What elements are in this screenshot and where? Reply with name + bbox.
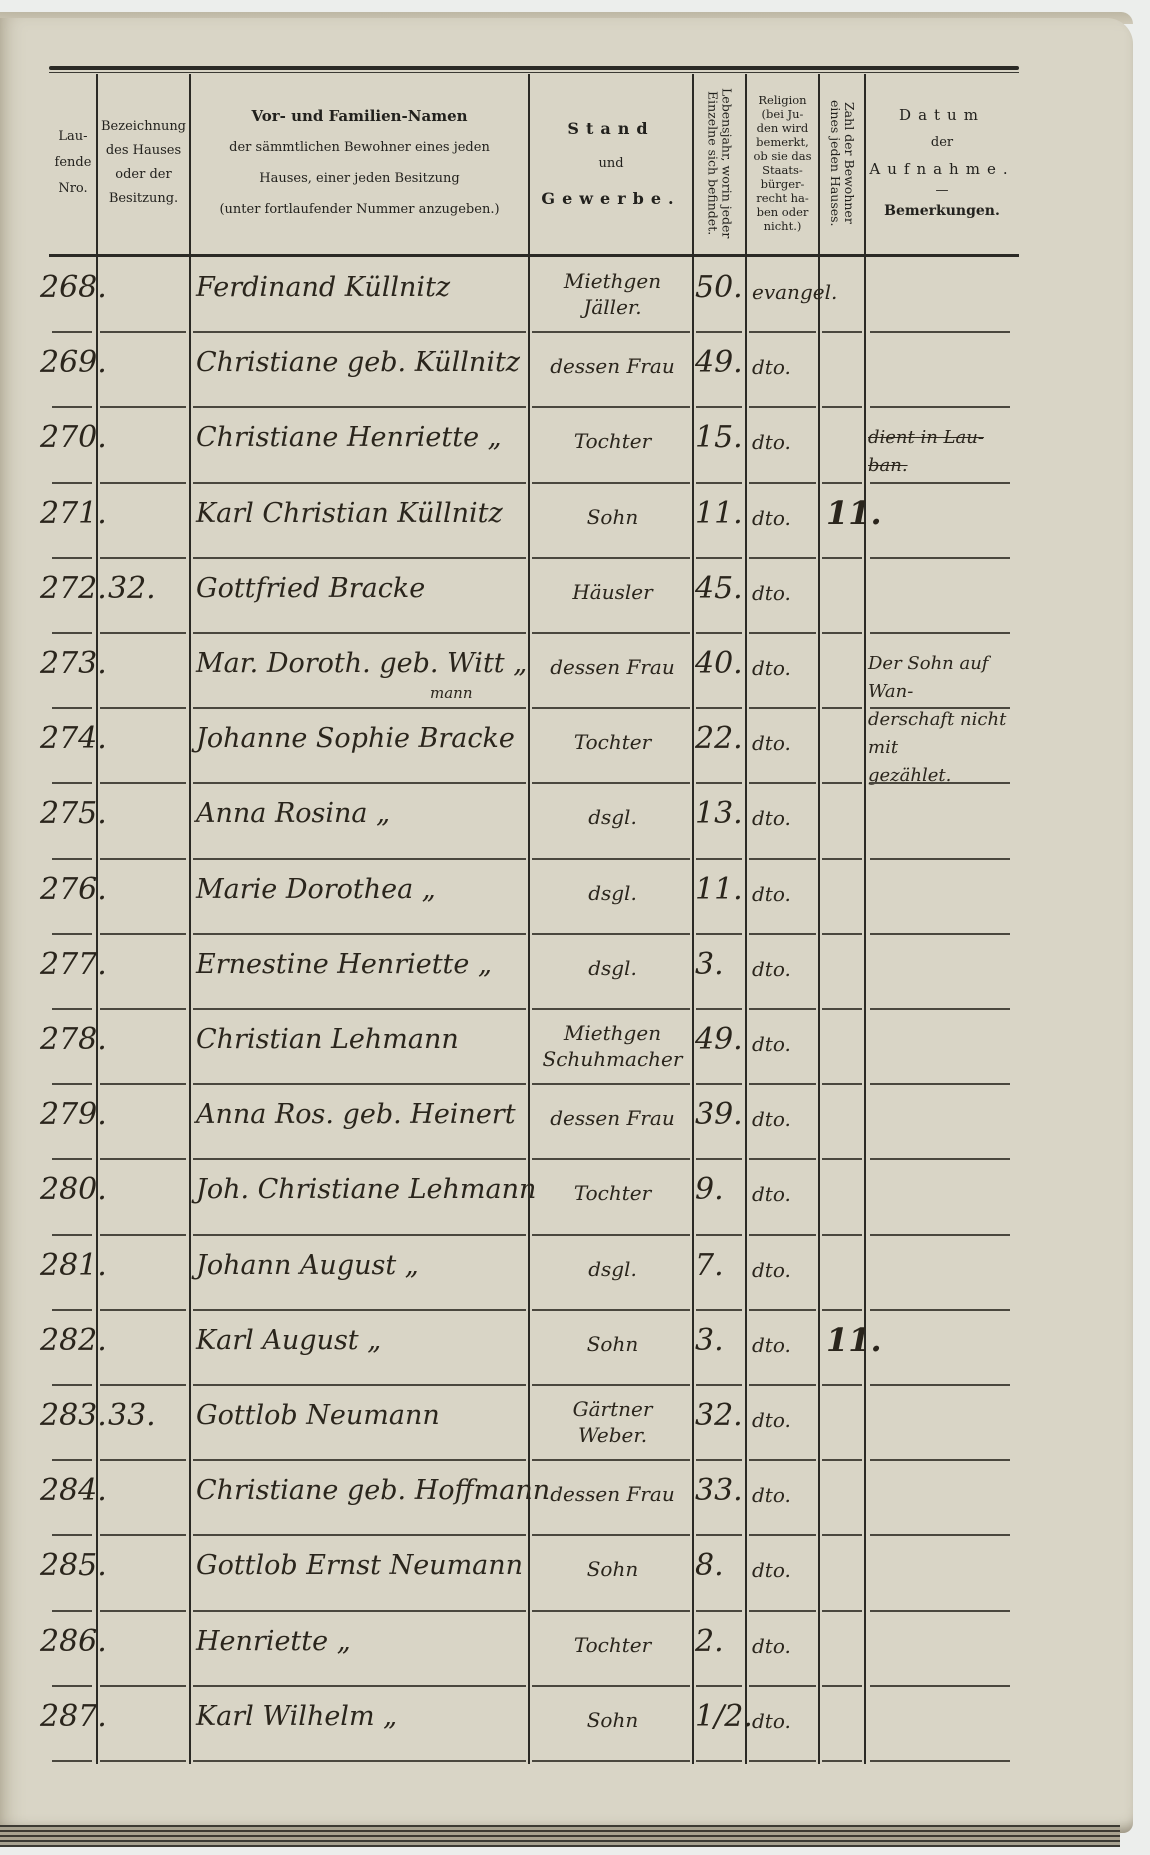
top-rule-thin xyxy=(49,72,1019,73)
row-rule xyxy=(52,1158,92,1160)
age: 33. xyxy=(695,1473,743,1508)
row-rule xyxy=(532,1309,690,1311)
row-number: 276. xyxy=(40,872,107,907)
age: 50. xyxy=(695,270,743,305)
household-count: 11. xyxy=(826,494,882,532)
row-rule xyxy=(193,482,526,484)
age: 15. xyxy=(695,420,743,455)
remarks: Der Sohn auf Wan- derschaft nicht mit ge… xyxy=(868,650,1018,790)
row-rule xyxy=(100,1008,186,1010)
row-rule xyxy=(870,782,1010,784)
row-rule xyxy=(193,557,526,559)
row-rule xyxy=(749,632,816,634)
row-rule xyxy=(870,1008,1010,1010)
row-rule xyxy=(822,1685,862,1687)
header-stand-and: und xyxy=(598,155,623,172)
row-rule xyxy=(193,406,526,408)
age: 49. xyxy=(695,1022,743,1057)
occupation: Häusler xyxy=(535,579,690,605)
religion: dto. xyxy=(752,1107,791,1131)
row-rule xyxy=(696,1008,742,1010)
religion: dto. xyxy=(752,506,791,530)
religion: dto. xyxy=(752,1032,791,1056)
resident-name: Anna Rosina „ xyxy=(196,798,390,829)
occupation: dsgl. xyxy=(535,955,690,981)
age: 2. xyxy=(695,1624,724,1659)
row-rule xyxy=(193,1534,526,1536)
row-rule xyxy=(696,1685,742,1687)
row-rule xyxy=(822,1534,862,1536)
row-rule xyxy=(52,1309,92,1311)
row-rule xyxy=(749,557,816,559)
header-religion: Religion (bei Ju- den wird bemerkt, ob s… xyxy=(747,74,818,252)
row-rule xyxy=(100,1309,186,1311)
row-rule xyxy=(822,1610,862,1612)
row-rule xyxy=(100,1610,186,1612)
row-number: 285. xyxy=(40,1548,107,1583)
row-rule xyxy=(822,1083,862,1085)
age: 9. xyxy=(695,1172,724,1207)
row-rule xyxy=(749,1384,816,1386)
page-stack-edge xyxy=(0,1825,1120,1847)
row-number: 277. xyxy=(40,947,107,982)
row-number: 269. xyxy=(40,345,107,380)
row-rule xyxy=(52,933,92,935)
occupation: Tochter xyxy=(535,1180,690,1206)
row-rule xyxy=(100,482,186,484)
occupation: Sohn xyxy=(535,1556,690,1582)
row-rule xyxy=(822,1384,862,1386)
row-rule xyxy=(100,707,186,709)
row-rule xyxy=(822,1008,862,1010)
age: 45. xyxy=(695,571,743,606)
occupation: Gärtner Weber. xyxy=(535,1396,690,1448)
row-number: 273. xyxy=(40,646,107,681)
row-rule xyxy=(696,406,742,408)
row-rule xyxy=(870,1384,1010,1386)
row-rule xyxy=(870,1234,1010,1236)
row-number: 275. xyxy=(40,796,107,831)
row-rule xyxy=(870,1309,1010,1311)
religion: dto. xyxy=(752,806,791,830)
row-number: 270. xyxy=(40,420,107,455)
age: 11. xyxy=(695,872,743,907)
row-rule xyxy=(696,858,742,860)
row-number: 268. xyxy=(40,270,107,305)
resident-name: Anna Ros. geb. Heinert xyxy=(196,1099,516,1130)
age: 49. xyxy=(695,345,743,380)
row-rule xyxy=(532,1534,690,1536)
occupation: dessen Frau xyxy=(535,1481,690,1507)
row-rule xyxy=(822,1309,862,1311)
row-rule xyxy=(870,1610,1010,1612)
header-count-label: Zahl der Bewohner eines jeden Hauses. xyxy=(828,100,856,227)
row-rule xyxy=(100,1158,186,1160)
row-rule xyxy=(696,632,742,634)
row-rule xyxy=(870,707,1010,709)
age: 32. xyxy=(695,1398,743,1433)
house-number: 32. xyxy=(108,571,156,606)
row-rule xyxy=(749,1008,816,1010)
resident-name: Gottfried Bracke xyxy=(196,573,425,604)
resident-name: Gottlob Neumann xyxy=(196,1400,440,1431)
row-rule xyxy=(696,1234,742,1236)
row-rule xyxy=(193,1083,526,1085)
row-rule xyxy=(532,1610,690,1612)
header-age-label: Lebensjahr, worin jeder Einzelne sich be… xyxy=(706,88,734,238)
row-rule xyxy=(52,1083,92,1085)
occupation: Miethgen Schuhmacher xyxy=(535,1020,690,1072)
religion: dto. xyxy=(752,1333,791,1357)
row-rule xyxy=(870,406,1010,408)
row-rule xyxy=(696,1083,742,1085)
occupation: Miethgen Jäller. xyxy=(535,268,690,320)
row-rule xyxy=(100,933,186,935)
religion: dto. xyxy=(752,1634,791,1658)
row-rule xyxy=(870,1083,1010,1085)
header-date-dash: — xyxy=(936,182,949,199)
row-rule xyxy=(696,331,742,333)
row-rule xyxy=(749,1534,816,1536)
resident-name: Gottlob Ernst Neumann xyxy=(196,1550,523,1581)
row-rule xyxy=(870,482,1010,484)
resident-name: Marie Dorothea „ xyxy=(196,874,436,905)
col-line-7 xyxy=(864,74,866,1764)
row-rule xyxy=(193,933,526,935)
row-rule xyxy=(749,1234,816,1236)
occupation: dsgl. xyxy=(535,804,690,830)
row-rule xyxy=(532,1685,690,1687)
row-rule xyxy=(749,331,816,333)
row-rule xyxy=(870,331,1010,333)
header-count: Zahl der Bewohner eines jeden Hauses. xyxy=(820,74,864,252)
row-rule xyxy=(822,1234,862,1236)
header-date-title: Datum xyxy=(899,107,985,124)
row-rule xyxy=(822,632,862,634)
row-number: 279. xyxy=(40,1097,107,1132)
house-number: 33. xyxy=(108,1398,156,1433)
row-rule xyxy=(193,1309,526,1311)
row-number: 271. xyxy=(40,496,107,531)
row-rule xyxy=(52,1685,92,1687)
row-rule xyxy=(100,1459,186,1461)
row-rule xyxy=(100,1083,186,1085)
occupation: dessen Frau xyxy=(535,353,690,379)
row-number: 280. xyxy=(40,1172,107,1207)
header-name-title: Vor- und Familien-Namen xyxy=(251,108,467,125)
header-remarks: Bemerkungen. xyxy=(884,203,1000,220)
row-rule xyxy=(822,1459,862,1461)
row-rule xyxy=(100,557,186,559)
row-rule xyxy=(696,557,742,559)
row-rule xyxy=(822,1760,862,1762)
row-rule xyxy=(532,557,690,559)
religion: dto. xyxy=(752,731,791,755)
religion: dto. xyxy=(752,1182,791,1206)
row-rule xyxy=(696,933,742,935)
col-line-6 xyxy=(818,74,820,1764)
row-number: 272. xyxy=(40,571,107,606)
resident-name: Karl Wilhelm „ xyxy=(196,1701,397,1732)
row-rule xyxy=(870,557,1010,559)
row-number: 287. xyxy=(40,1699,107,1734)
row-rule xyxy=(52,1384,92,1386)
col-line-3 xyxy=(528,74,530,1764)
row-number: 274. xyxy=(40,721,107,756)
row-rule xyxy=(52,482,92,484)
row-rule xyxy=(100,782,186,784)
header-age: Lebensjahr, worin jeder Einzelne sich be… xyxy=(694,74,745,252)
religion: dto. xyxy=(752,1483,791,1507)
row-rule xyxy=(696,482,742,484)
occupation: Tochter xyxy=(535,1632,690,1658)
row-rule xyxy=(532,1158,690,1160)
age: 3. xyxy=(695,1323,724,1358)
row-rule xyxy=(696,1158,742,1160)
row-rule xyxy=(193,858,526,860)
row-rule xyxy=(749,1685,816,1687)
row-rule xyxy=(52,858,92,860)
header-date: Datum der Aufnahme. — Bemerkungen. xyxy=(866,74,1018,252)
header-name: Vor- und Familien-Namen der sämmtlichen … xyxy=(191,74,528,252)
row-number: 286. xyxy=(40,1624,107,1659)
religion: dto. xyxy=(752,882,791,906)
row-rule xyxy=(822,1158,862,1160)
religion: dto. xyxy=(752,1408,791,1432)
col-line-4 xyxy=(692,74,694,1764)
religion: dto. xyxy=(752,957,791,981)
religion: dto. xyxy=(752,1258,791,1282)
row-rule xyxy=(749,858,816,860)
row-rule xyxy=(52,707,92,709)
header-name-sub2: Hauses, einer jeden Besitzung xyxy=(259,170,459,187)
resident-name: Mar. Doroth. geb. Witt „ xyxy=(196,648,527,679)
religion: dto. xyxy=(752,1709,791,1733)
religion: dto. xyxy=(752,581,791,605)
row-rule xyxy=(870,933,1010,935)
row-rule xyxy=(696,1309,742,1311)
row-number: 283. xyxy=(40,1398,107,1433)
row-rule xyxy=(100,1685,186,1687)
row-rule xyxy=(822,782,862,784)
age: 22. xyxy=(695,721,743,756)
resident-name: Johann August „ xyxy=(196,1250,419,1281)
resident-name: Christiane geb. Hoffmann xyxy=(196,1475,550,1506)
col-line-2 xyxy=(189,74,191,1764)
row-rule xyxy=(52,1459,92,1461)
row-rule xyxy=(100,1234,186,1236)
row-rule xyxy=(100,632,186,634)
row-rule xyxy=(822,858,862,860)
row-rule xyxy=(696,782,742,784)
row-number: 282. xyxy=(40,1323,107,1358)
row-rule xyxy=(749,933,816,935)
header-religion-label: Religion (bei Ju- den wird bemerkt, ob s… xyxy=(753,93,811,233)
occupation: Sohn xyxy=(535,1331,690,1357)
occupation: dessen Frau xyxy=(535,1105,690,1131)
row-rule xyxy=(532,632,690,634)
header-bottom-rule xyxy=(49,254,1019,257)
row-rule xyxy=(532,406,690,408)
resident-name: Christiane Henriette „ xyxy=(196,422,502,453)
col-line-1 xyxy=(96,74,98,1764)
row-rule xyxy=(696,707,742,709)
row-rule xyxy=(749,1158,816,1160)
row-rule xyxy=(532,1459,690,1461)
religion: evangel. xyxy=(752,280,837,304)
religion: dto. xyxy=(752,656,791,680)
row-number: 281. xyxy=(40,1248,107,1283)
row-rule xyxy=(749,782,816,784)
row-rule xyxy=(870,858,1010,860)
row-rule xyxy=(52,331,92,333)
resident-name: Christiane geb. Küllnitz xyxy=(196,347,520,378)
age: 11. xyxy=(695,496,743,531)
header-name-sub1: der sämmtlichen Bewohner eines jeden xyxy=(229,139,490,156)
row-rule xyxy=(870,1534,1010,1536)
header-name-sub3: (unter fortlaufender Nummer anzugeben.) xyxy=(219,201,499,218)
row-rule xyxy=(696,1760,742,1762)
row-rule xyxy=(532,858,690,860)
household-count: 11. xyxy=(826,1321,882,1359)
row-rule xyxy=(193,1384,526,1386)
row-rule xyxy=(696,1384,742,1386)
row-rule xyxy=(749,1610,816,1612)
row-rule xyxy=(100,1384,186,1386)
religion: dto. xyxy=(752,355,791,379)
header-date-aufnahme: Aufnahme. xyxy=(869,161,1014,178)
col-line-5 xyxy=(745,74,747,1764)
religion: dto. xyxy=(752,1558,791,1582)
row-rule xyxy=(52,1534,92,1536)
header-stand-gewerbe: Gewerbe. xyxy=(541,190,680,207)
occupation: dessen Frau xyxy=(535,654,690,680)
religion: dto. xyxy=(752,430,791,454)
occupation: Tochter xyxy=(535,428,690,454)
row-rule xyxy=(100,858,186,860)
row-rule xyxy=(52,1234,92,1236)
resident-name: Christian Lehmann xyxy=(196,1024,459,1055)
age: 8. xyxy=(695,1548,724,1583)
row-rule xyxy=(52,632,92,634)
row-rule xyxy=(532,1384,690,1386)
row-rule xyxy=(749,1459,816,1461)
age: 39. xyxy=(695,1097,743,1132)
resident-name: Joh. Christiane Lehmann xyxy=(196,1174,536,1205)
row-rule xyxy=(193,1760,526,1762)
header-nro: Lau- fende Nro. xyxy=(50,74,96,252)
row-rule xyxy=(193,331,526,333)
row-rule xyxy=(749,406,816,408)
row-rule xyxy=(193,1008,526,1010)
row-rule xyxy=(870,632,1010,634)
row-rule xyxy=(52,1008,92,1010)
occupation: Sohn xyxy=(535,504,690,530)
header-stand: Stand und Gewerbe. xyxy=(530,74,692,252)
row-rule xyxy=(822,707,862,709)
row-rule xyxy=(52,1610,92,1612)
row-rule xyxy=(193,1610,526,1612)
row-rule xyxy=(100,1534,186,1536)
resident-name: Ernestine Henriette „ xyxy=(196,949,492,980)
occupation: dsgl. xyxy=(535,1256,690,1282)
row-rule xyxy=(532,707,690,709)
row-rule xyxy=(822,557,862,559)
row-rule xyxy=(532,482,690,484)
top-rule xyxy=(49,66,1019,70)
remarks: dient in Lau- ban. xyxy=(868,424,1018,480)
row-rule xyxy=(749,1083,816,1085)
row-rule xyxy=(193,707,526,709)
header-house: Bezeichnung des Hauses oder der Besitzun… xyxy=(98,74,189,252)
row-rule xyxy=(52,406,92,408)
occupation: Tochter xyxy=(535,729,690,755)
row-rule xyxy=(193,632,526,634)
resident-name-continuation: mann xyxy=(430,684,473,702)
age: 3. xyxy=(695,947,724,982)
age: 1/2. xyxy=(695,1699,753,1734)
row-rule xyxy=(870,1685,1010,1687)
age: 7. xyxy=(695,1248,724,1283)
row-rule xyxy=(193,1685,526,1687)
row-rule xyxy=(100,1760,186,1762)
row-rule xyxy=(532,782,690,784)
row-rule xyxy=(822,331,862,333)
row-rule xyxy=(696,1610,742,1612)
row-rule xyxy=(696,1459,742,1461)
row-rule xyxy=(52,557,92,559)
row-rule xyxy=(532,1234,690,1236)
row-rule xyxy=(749,707,816,709)
row-rule xyxy=(870,1459,1010,1461)
row-rule xyxy=(100,331,186,333)
header-stand-title: Stand xyxy=(567,120,654,137)
row-rule xyxy=(749,1309,816,1311)
row-rule xyxy=(100,406,186,408)
resident-name: Johanne Sophie Bracke xyxy=(196,723,515,754)
row-rule xyxy=(532,1083,690,1085)
row-rule xyxy=(822,406,862,408)
row-rule xyxy=(193,1459,526,1461)
row-number: 284. xyxy=(40,1473,107,1508)
occupation: dsgl. xyxy=(535,880,690,906)
row-rule xyxy=(193,782,526,784)
row-rule xyxy=(749,1760,816,1762)
row-rule xyxy=(532,1008,690,1010)
resident-name: Karl August „ xyxy=(196,1325,381,1356)
row-rule xyxy=(870,1158,1010,1160)
age: 13. xyxy=(695,796,743,831)
row-rule xyxy=(193,1158,526,1160)
row-rule xyxy=(749,482,816,484)
row-rule xyxy=(52,782,92,784)
row-rule xyxy=(52,1760,92,1762)
row-rule xyxy=(822,933,862,935)
resident-name: Ferdinand Küllnitz xyxy=(196,272,450,303)
header-house-label: Bezeichnung des Hauses oder der Besitzun… xyxy=(101,115,186,211)
row-rule xyxy=(532,933,690,935)
header-nro-label: Lau- fende Nro. xyxy=(55,124,92,202)
row-rule xyxy=(532,1760,690,1762)
row-rule xyxy=(696,1534,742,1536)
row-rule xyxy=(532,331,690,333)
row-rule xyxy=(822,482,862,484)
header-date-der: der xyxy=(931,134,953,151)
row-rule xyxy=(193,1234,526,1236)
occupation: Sohn xyxy=(535,1707,690,1733)
row-number: 278. xyxy=(40,1022,107,1057)
resident-name: Karl Christian Küllnitz xyxy=(196,498,503,529)
